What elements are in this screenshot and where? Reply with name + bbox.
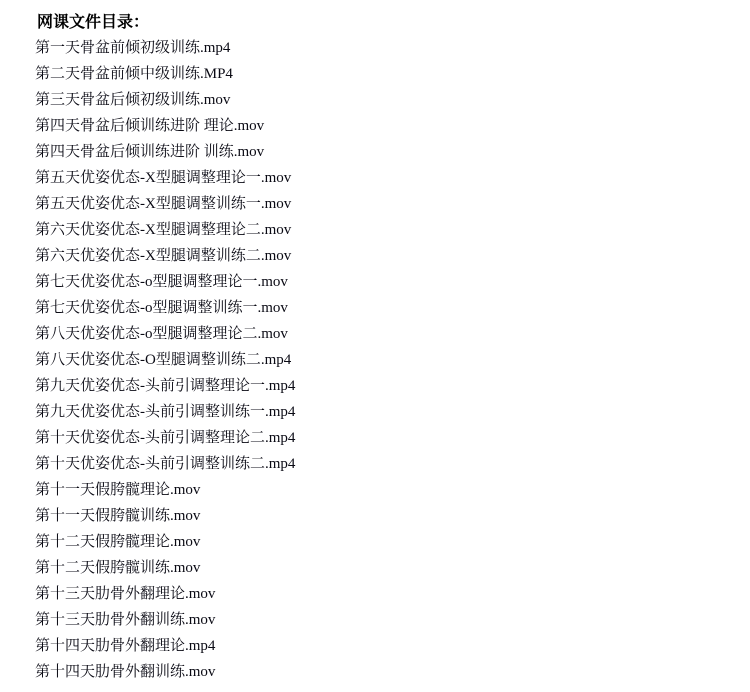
- file-item: 第十一天假胯髋训练.mov: [0, 503, 750, 529]
- directory-title: 网课文件目录：: [0, 9, 750, 35]
- file-item: 第十天优姿优态-头前引调整训练二.mp4: [0, 451, 750, 477]
- file-item: 第五天优姿优态-X型腿调整理论一.mov: [0, 165, 750, 191]
- file-item: 第七天优姿优态-o型腿调整理论一.mov: [0, 269, 750, 295]
- file-item: 第八天优姿优态-O型腿调整训练二.mp4: [0, 347, 750, 373]
- file-item: 第七天优姿优态-o型腿调整训练一.mov: [0, 295, 750, 321]
- file-item: 第八天优姿优态-o型腿调整理论二.mov: [0, 321, 750, 347]
- file-item: 第十天优姿优态-头前引调整理论二.mp4: [0, 425, 750, 451]
- file-item: 第三天骨盆后倾初级训练.mov: [0, 87, 750, 113]
- file-item: 第六天优姿优态-X型腿调整训练二.mov: [0, 243, 750, 269]
- file-item: 第十三天肋骨外翻理论.mov: [0, 581, 750, 607]
- file-item: 第六天优姿优态-X型腿调整理论二.mov: [0, 217, 750, 243]
- file-item: 第五天优姿优态-X型腿调整训练一.mov: [0, 191, 750, 217]
- file-item: 第十二天假胯髋理论.mov: [0, 529, 750, 555]
- course-file-directory-document: 网课文件目录： 第一天骨盆前倾初级训练.mp4 第二天骨盆前倾中级训练.MP4 …: [0, 0, 750, 692]
- file-item: 第十四天肋骨外翻理论.mp4: [0, 633, 750, 659]
- file-item: 第十三天肋骨外翻训练.mov: [0, 607, 750, 633]
- file-item: 第十二天假胯髋训练.mov: [0, 555, 750, 581]
- file-item: 第十一天假胯髋理论.mov: [0, 477, 750, 503]
- file-item: 第一天骨盆前倾初级训练.mp4: [0, 35, 750, 61]
- file-item: 第二天骨盆前倾中级训练.MP4: [0, 61, 750, 87]
- file-item: 第四天骨盆后倾训练进阶 理论.mov: [0, 113, 750, 139]
- file-item: 第四天骨盆后倾训练进阶 训练.mov: [0, 139, 750, 165]
- file-list: 第一天骨盆前倾初级训练.mp4 第二天骨盆前倾中级训练.MP4 第三天骨盆后倾初…: [0, 35, 750, 685]
- file-item: 第十四天肋骨外翻训练.mov: [0, 659, 750, 685]
- file-item: 第九天优姿优态-头前引调整理论一.mp4: [0, 373, 750, 399]
- file-item: 第九天优姿优态-头前引调整训练一.mp4: [0, 399, 750, 425]
